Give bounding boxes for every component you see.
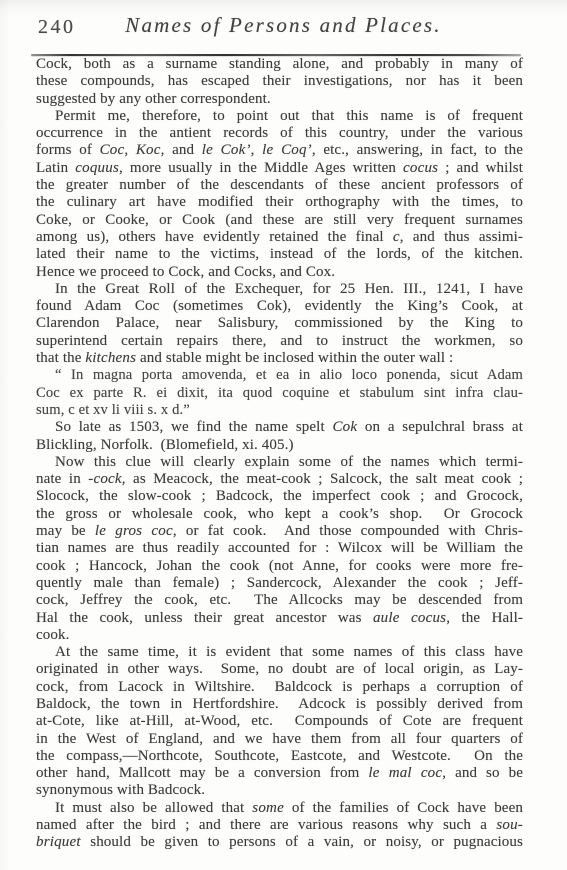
text-line: among us), others have evidently retaine…: [36, 229, 523, 246]
text-line: that the kitchens and stable might be in…: [36, 350, 523, 367]
text-line: may be le gros coc, or fat cook. And tho…: [36, 523, 523, 540]
text-line: sum, c et xv li viii s. x d.”: [36, 402, 523, 419]
text-line: Slocock, the slow-cook ; Badcock, the im…: [36, 488, 523, 505]
text-line: “ In magna porta amovenda, et ea in alio…: [36, 367, 523, 384]
paragraph: Now this clue will clearly explain some …: [36, 454, 523, 644]
text-line: Coc ex parte R. ei dixit, ita quod coqui…: [36, 385, 523, 402]
paragraph: Permit me, therefore, to point out that …: [36, 108, 523, 281]
text-line: these compounds, has escaped their inves…: [36, 73, 523, 90]
page-body: Cock, both as a surname standing alone, …: [36, 56, 523, 852]
page-header: 240 Names of Persons and Places.: [0, 10, 567, 48]
text-line: Coke, or Cooke, or Cook (and these are s…: [36, 212, 523, 229]
text-line: Blickling, Norfolk. (Blomefield, xi. 405…: [36, 437, 523, 454]
text-line: the greater number of the descendants of…: [36, 177, 523, 194]
text-line: cock, Jeffrey the cook, etc. The Allcock…: [36, 592, 523, 609]
text-line: Hence we proceed to Cock, and Cocks, and…: [36, 264, 523, 281]
text-line: cock, from Lacock in Wiltshire. Baldcock…: [36, 679, 523, 696]
text-line: Clarendon Palace, near Salisbury, commis…: [36, 315, 523, 332]
paragraph: At the same time, it is evident that som…: [36, 644, 523, 800]
scanned-page: 240 Names of Persons and Places. Cock, b…: [0, 0, 567, 870]
running-title: Names of Persons and Places.: [60, 13, 507, 38]
text-line: superintend certain repairs there, and t…: [36, 333, 523, 350]
text-line: tian names are thus readily accounted fo…: [36, 540, 523, 557]
text-line: Permit me, therefore, to point out that …: [36, 108, 523, 125]
text-line: Latin coquus, more usually in the Middle…: [36, 160, 523, 177]
paragraph: So late as 1503, we find the name spelt …: [36, 419, 523, 454]
text-line: found Adam Coc (sometimes Cok), evidentl…: [36, 298, 523, 315]
text-line: cook.: [36, 627, 523, 644]
text-line: Baldock, the town in Hertfordshire. Adco…: [36, 696, 523, 713]
text-line: quently male than female) ; Sandercock, …: [36, 575, 523, 592]
text-line: Now this clue will clearly explain some …: [36, 454, 523, 471]
quote-paragraph: “ In magna porta amovenda, et ea in alio…: [36, 367, 523, 419]
text-line: at-Cote, like at-Hill, at-Wood, etc. Com…: [36, 713, 523, 730]
paragraph: In the Great Roll of the Exchequer, for …: [36, 281, 523, 367]
text-line: occurrence in the antient records of thi…: [36, 125, 523, 142]
text-line: originated in other ways. Some, no doubt…: [36, 661, 523, 678]
text-line: briquet should be given to persons of a …: [36, 834, 523, 851]
text-line: lated their name to the victims, instead…: [36, 246, 523, 263]
text-line: forms of Coc, Koc, and le Cok’, le Coq’,…: [36, 142, 523, 159]
text-line: named after the bird ; and there are var…: [36, 817, 523, 834]
paragraph: Cock, both as a surname standing alone, …: [36, 56, 523, 108]
text-line: nate in -cock, as Meacock, the meat-cook…: [36, 471, 523, 488]
paragraph: It must also be allowed that some of the…: [36, 800, 523, 852]
text-line: other hand, Mallcott may be a conversion…: [36, 765, 523, 782]
text-line: suggested by any other correspondent.: [36, 91, 523, 108]
text-line: Cock, both as a surname standing alone, …: [36, 56, 523, 73]
text-line: cook ; Hancock, Johan the cook (not Anne…: [36, 558, 523, 575]
text-line: the compass,—Northcote, Southcote, Eastc…: [36, 748, 523, 765]
text-line: So late as 1503, we find the name spelt …: [36, 419, 523, 436]
text-line: In the Great Roll of the Exchequer, for …: [36, 281, 523, 298]
text-line: It must also be allowed that some of the…: [36, 800, 523, 817]
text-line: in the West of England, and we have them…: [36, 731, 523, 748]
text-line: synonymous with Badcock.: [36, 782, 523, 799]
text-line: the culinary art have modified their ort…: [36, 194, 523, 211]
text-line: At the same time, it is evident that som…: [36, 644, 523, 661]
text-line: Hal the cook, unless their great ancesto…: [36, 610, 523, 627]
text-line: the gross or wholesale cook, who kept a …: [36, 506, 523, 523]
